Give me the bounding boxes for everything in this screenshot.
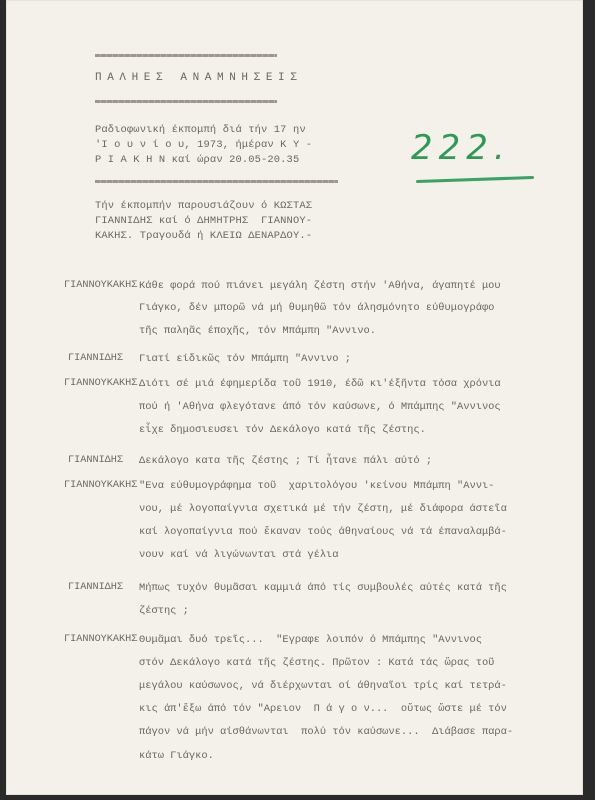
dialogue-line: στόν Δεκάλογο κατά τῆς ζέστης. Πρῶτον : … xyxy=(139,657,494,669)
dialogue-line: νου, μέ λογοπαίγνια σχετικά μέ τήν ζέστη… xyxy=(139,503,507,515)
dialogue-line: Διότι σέ μιά έφημερίδα τοῦ 1910, έδῶ κι'… xyxy=(139,378,501,390)
dialogue-line: Κάθε φορά πού πιάνει μεγάλη ζέστη στήν '… xyxy=(139,280,501,292)
handwritten-underline xyxy=(416,176,534,183)
typewritten-page: ΠΑΛΗΕΣ ΑΝΑΜΝΗΣΕΙΣ Ραδιοφωνική έκπομπή δι… xyxy=(6,0,583,795)
presenters-line: Τήν έκπομπήν παρουσιάζουν ό ΚΩΣΤΑΣ xyxy=(95,200,312,212)
dialogue-line: Δεκάλογο κατα τῆς ζέστης ; Τί ἦτανε πάλι… xyxy=(139,455,432,467)
handwritten-page-number: 222. xyxy=(411,128,511,168)
info-separator xyxy=(95,180,338,183)
presenters-line: ΓΙΑΝΝΙΔΗΣ καί ό ΔΗΜΗΤΡΗΣ ΓΙΑΝΝΟΥ- xyxy=(95,215,312,227)
speaker-label: ΓΙΑΝΝΙΔΗΣ xyxy=(68,353,123,364)
speaker-label: ΓΙΑΝΝΙΔΗΣ xyxy=(68,455,123,466)
broadcast-line: 'Ι ο υ ν ί ο υ, 1973, ήμέραν Κ Υ - xyxy=(95,139,312,151)
document-title: ΠΑΛΗΕΣ ΑΝΑΜΝΗΣΕΙΣ xyxy=(95,72,302,84)
dialogue-line: Γιάγκο, δέν μπορῶ νά μή θυμηθῶ τόν άλησμ… xyxy=(139,302,494,314)
speaker-label: ΓΙΑΝΝΟΥΚΑΚΗΣ xyxy=(64,280,137,291)
dialogue-line: Μήπως τυχόν θυμᾶσαι καμμιά άπό τίς συμβο… xyxy=(139,582,507,594)
dialogue-line: Θυμᾶμαι δυό τρεῖς... "Εγραφε λοιπόν ό Μπ… xyxy=(139,634,482,646)
broadcast-line: Ρ Ι Α Κ Η Ν καί ώραν 20.05-20.35 xyxy=(95,154,299,166)
dialogue-line: πού ή 'Αθήνα φλεγότανε άπό τόν καύσωνε, … xyxy=(139,401,501,413)
dialogue-line: Γιατί είδικῶς τόν Μπάμπη "Αννινο ; xyxy=(139,353,351,365)
dialogue-line: νουν καί νά λιγώνωνται στά γέλια xyxy=(139,549,339,561)
title-separator xyxy=(95,100,277,103)
top-separator xyxy=(95,54,277,57)
dialogue-line: εἶχε δημοσιευσει τόν Δεκάλογο κατά τῆς ζ… xyxy=(139,424,426,436)
dialogue-line: μεγάλου καύσωνος, νά διέρχωνται οί άθηνα… xyxy=(139,680,507,692)
dialogue-line: κάτω Γιάγκο. xyxy=(139,750,214,762)
speaker-label: ΓΙΑΝΝΟΥΚΑΚΗΣ xyxy=(64,634,137,645)
speaker-label: ΓΙΑΝΝΙΔΗΣ xyxy=(68,582,123,593)
dialogue-line: καί λογοπαίγνια πού ἔκαναν τούς άθηναίου… xyxy=(139,526,507,538)
dialogue-line: "Ενα εύθυμογράφημα τοῦ χαριτολόγου 'κείν… xyxy=(139,480,494,492)
dialogue-line: τῆς παληᾶς έποχῆς, τόν Μπάμπη "Αννινο. xyxy=(139,325,376,337)
dialogue-line: κις άπ'ἔξω άπό τόν "Αρειον Π ά γ ο ν... … xyxy=(139,703,507,715)
speaker-label: ΓΙΑΝΝΟΥΚΑΚΗΣ xyxy=(64,480,137,491)
dialogue-line: ζέστης ; xyxy=(139,605,189,617)
dialogue-line: πάγον νά μήν αίσθάνωνται πολύ τόν καύσων… xyxy=(139,726,513,738)
speaker-label: ΓΙΑΝΝΟΥΚΑΚΗΣ xyxy=(64,378,137,389)
presenters-line: ΚΑΚΗΣ. Τραγουδά ή ΚΛΕΙΩ ΔΕΝΑΡΔΟΥ.- xyxy=(95,230,312,242)
broadcast-line: Ραδιοφωνική έκπομπή διά τήν 17 ην xyxy=(95,124,306,136)
